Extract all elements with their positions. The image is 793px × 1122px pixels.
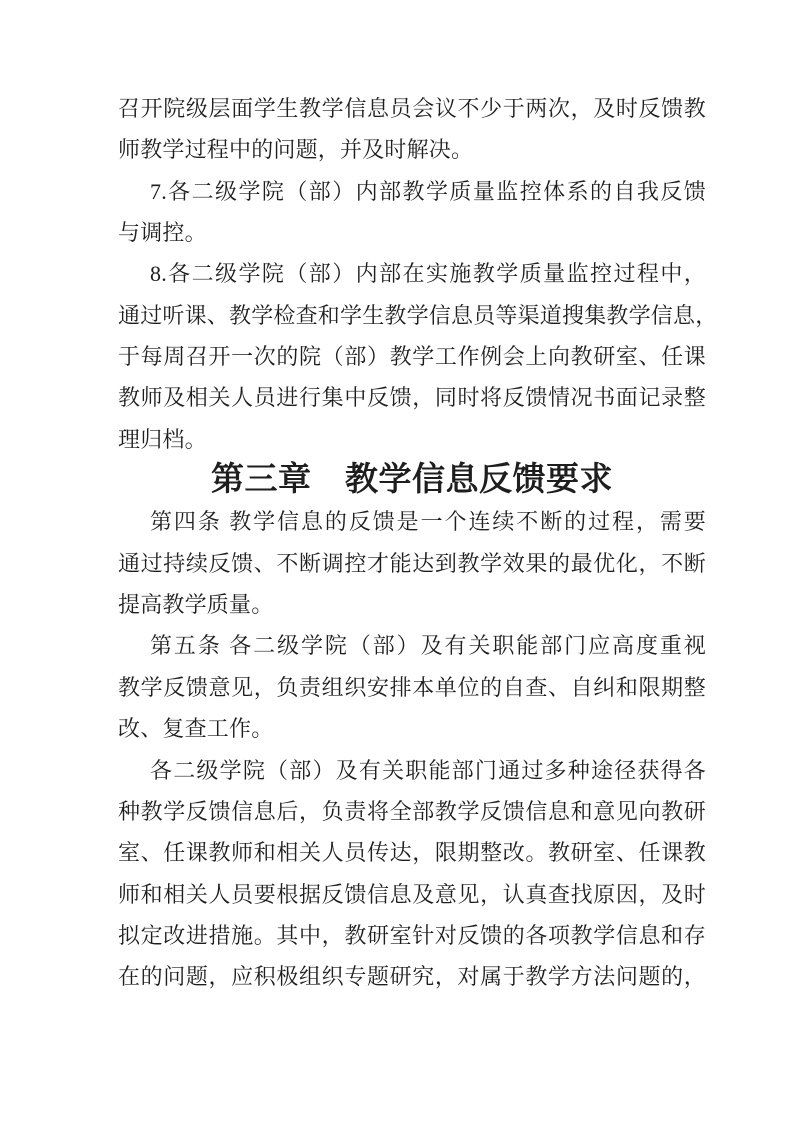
text-line: 在的问题，应积极组织专题研究，对属于教学方法问题的，	[118, 956, 706, 997]
paragraph-article-4: 第四条 教学信息的反馈是一个连续不断的过程，需要 通过持续反馈、不断调控才能达到…	[118, 501, 706, 625]
text-line: 理归档。	[118, 419, 706, 460]
text-line: 拟定改进措施。其中，教研室针对反馈的各项教学信息和存	[118, 915, 706, 956]
text-line: 教学反馈意见，负责组织安排本单位的自查、自纠和限期整	[118, 667, 706, 708]
document-page: 召开院级层面学生教学信息员会议不少于两次，及时反馈教 师教学过程中的问题，并及时…	[0, 0, 793, 1122]
text-line: 师教学过程中的问题，并及时解决。	[118, 129, 706, 170]
text-line: 提高教学质量。	[118, 584, 706, 625]
paragraph-item-8: 8.各二级学院（部）内部在实施教学质量监控过程中， 通过听课、教学检查和学生教学…	[118, 253, 706, 460]
document-content: 召开院级层面学生教学信息员会议不少于两次，及时反馈教 师教学过程中的问题，并及时…	[118, 88, 706, 998]
text-line: 各二级学院（部）及有关职能部门通过多种途径获得各	[118, 750, 706, 791]
text-line: 通过听课、教学检查和学生教学信息员等渠道搜集教学信息，	[118, 295, 706, 336]
chapter-3-heading: 第三章 教学信息反馈要求	[118, 460, 706, 501]
text-line: 8.各二级学院（部）内部在实施教学质量监控过程中，	[118, 253, 706, 294]
text-line: 第五条 各二级学院（部）及有关职能部门应高度重视	[118, 625, 706, 666]
paragraph-article-5: 第五条 各二级学院（部）及有关职能部门应高度重视 教学反馈意见，负责组织安排本单…	[118, 625, 706, 749]
text-line: 与调控。	[118, 212, 706, 253]
text-line: 召开院级层面学生教学信息员会议不少于两次，及时反馈教	[118, 88, 706, 129]
text-line: 师和相关人员要根据反馈信息及意见，认真查找原因，及时	[118, 874, 706, 915]
text-line: 改、复查工作。	[118, 708, 706, 749]
paragraph-item-7: 7.各二级学院（部）内部教学质量监控体系的自我反馈 与调控。	[118, 171, 706, 254]
paragraph-continued-from-previous-page: 召开院级层面学生教学信息员会议不少于两次，及时反馈教 师教学过程中的问题，并及时…	[118, 88, 706, 171]
text-line: 室、任课教师和相关人员传达，限期整改。教研室、任课教	[118, 832, 706, 873]
text-line: 教师及相关人员进行集中反馈，同时将反馈情况书面记录整	[118, 377, 706, 418]
text-line: 种教学反馈信息后，负责将全部教学反馈信息和意见向教研	[118, 791, 706, 832]
text-line: 于每周召开一次的院（部）教学工作例会上向教研室、任课	[118, 336, 706, 377]
text-line: 通过持续反馈、不断调控才能达到教学效果的最优化，不断	[118, 543, 706, 584]
text-line: 第四条 教学信息的反馈是一个连续不断的过程，需要	[118, 501, 706, 542]
paragraph-feedback-handling: 各二级学院（部）及有关职能部门通过多种途径获得各 种教学反馈信息后，负责将全部教…	[118, 750, 706, 998]
text-line: 7.各二级学院（部）内部教学质量监控体系的自我反馈	[118, 171, 706, 212]
